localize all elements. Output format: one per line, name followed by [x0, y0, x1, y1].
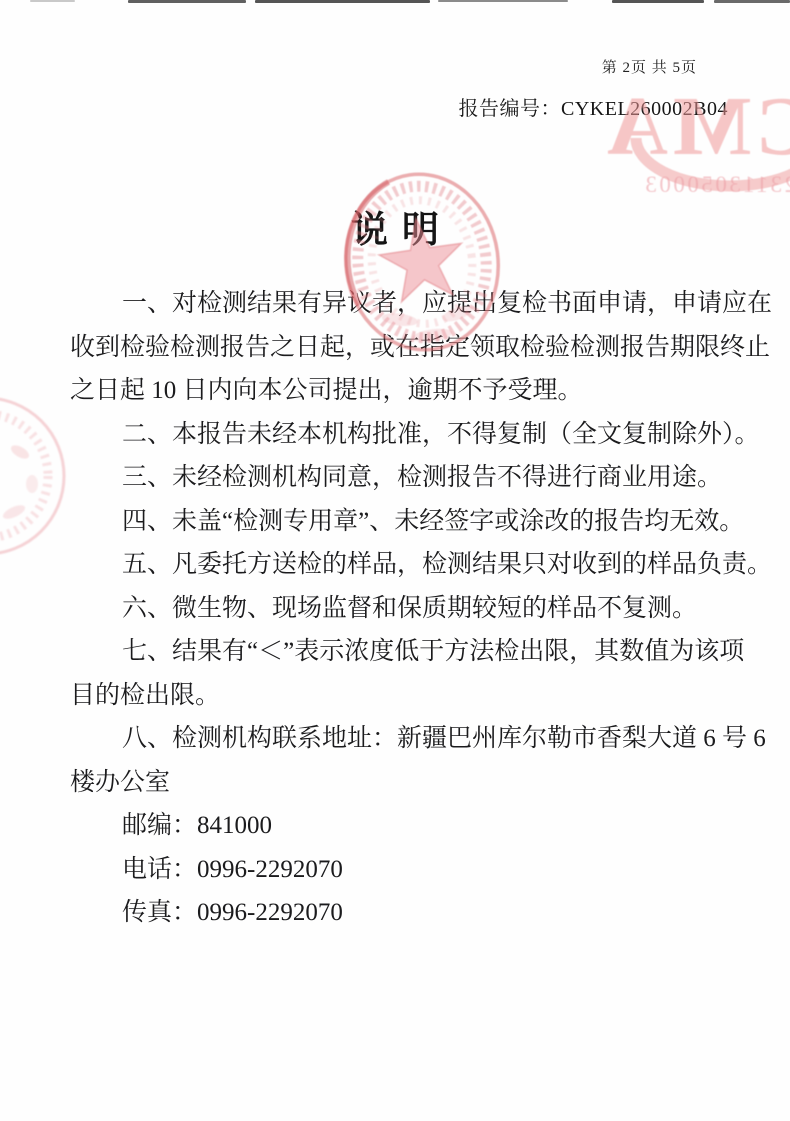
scan-artifact [128, 0, 246, 3]
body-line: 三、未经检测机构同意，检测报告不得进行商业用途。 [70, 456, 730, 500]
body-line: 之日起 10 日内向本公司提出，逾期不予受理。 [70, 369, 730, 413]
scan-artifact [30, 0, 75, 2]
body-line: 邮编：841000 [70, 804, 730, 848]
cma-certificate-number: 223113050003 [643, 172, 790, 198]
page-indicator: 第 2页 共 5页 [602, 56, 697, 77]
page-title: 说明 [0, 199, 790, 253]
body-line: 一、对检测结果有异议者，应提出复检书面申请，申请应在 [70, 282, 730, 326]
body-line: 四、未盖“检测专用章”、未经签字或涂改的报告均无效。 [70, 500, 730, 544]
notes-body: 一、对检测结果有异议者，应提出复检书面申请，申请应在 收到检验检测报告之日起，或… [70, 282, 730, 935]
cma-oval-arc [630, 128, 790, 196]
body-line: 六、微生物、现场监督和保质期较短的样品不复测。 [70, 587, 730, 631]
body-line: 目的检出限。 [70, 674, 730, 718]
body-line: 七、结果有“＜”表示浓度低于方法检出限，其数值为该项 [70, 630, 730, 674]
body-line: 八、检测机构联系地址：新疆巴州库尔勒市香梨大道 6 号 6 [70, 717, 730, 761]
document-page: CMA 223113050003 第 2页 共 5页 报告编号：CYKEL260… [0, 0, 790, 1121]
left-edge-stamp [0, 392, 70, 560]
scan-artifact [714, 0, 790, 3]
body-line: 五、凡委托方送检的样品，检测结果只对收到的样品负责。 [70, 543, 730, 587]
scan-artifact [612, 0, 704, 3]
body-line: 电话：0996-2292070 [70, 848, 730, 892]
scan-artifact [438, 0, 568, 2]
body-line: 传真：0996-2292070 [70, 891, 730, 935]
body-line: 楼办公室 [70, 761, 730, 805]
report-number: 报告编号：CYKEL260002B04 [459, 92, 729, 121]
scan-artifact [255, 0, 430, 3]
body-line: 二、本报告未经本机构批准，不得复制（全文复制除外）。 [70, 413, 730, 457]
body-line: 收到检验检测报告之日起，或在指定领取检验检测报告期限终止 [70, 326, 730, 370]
